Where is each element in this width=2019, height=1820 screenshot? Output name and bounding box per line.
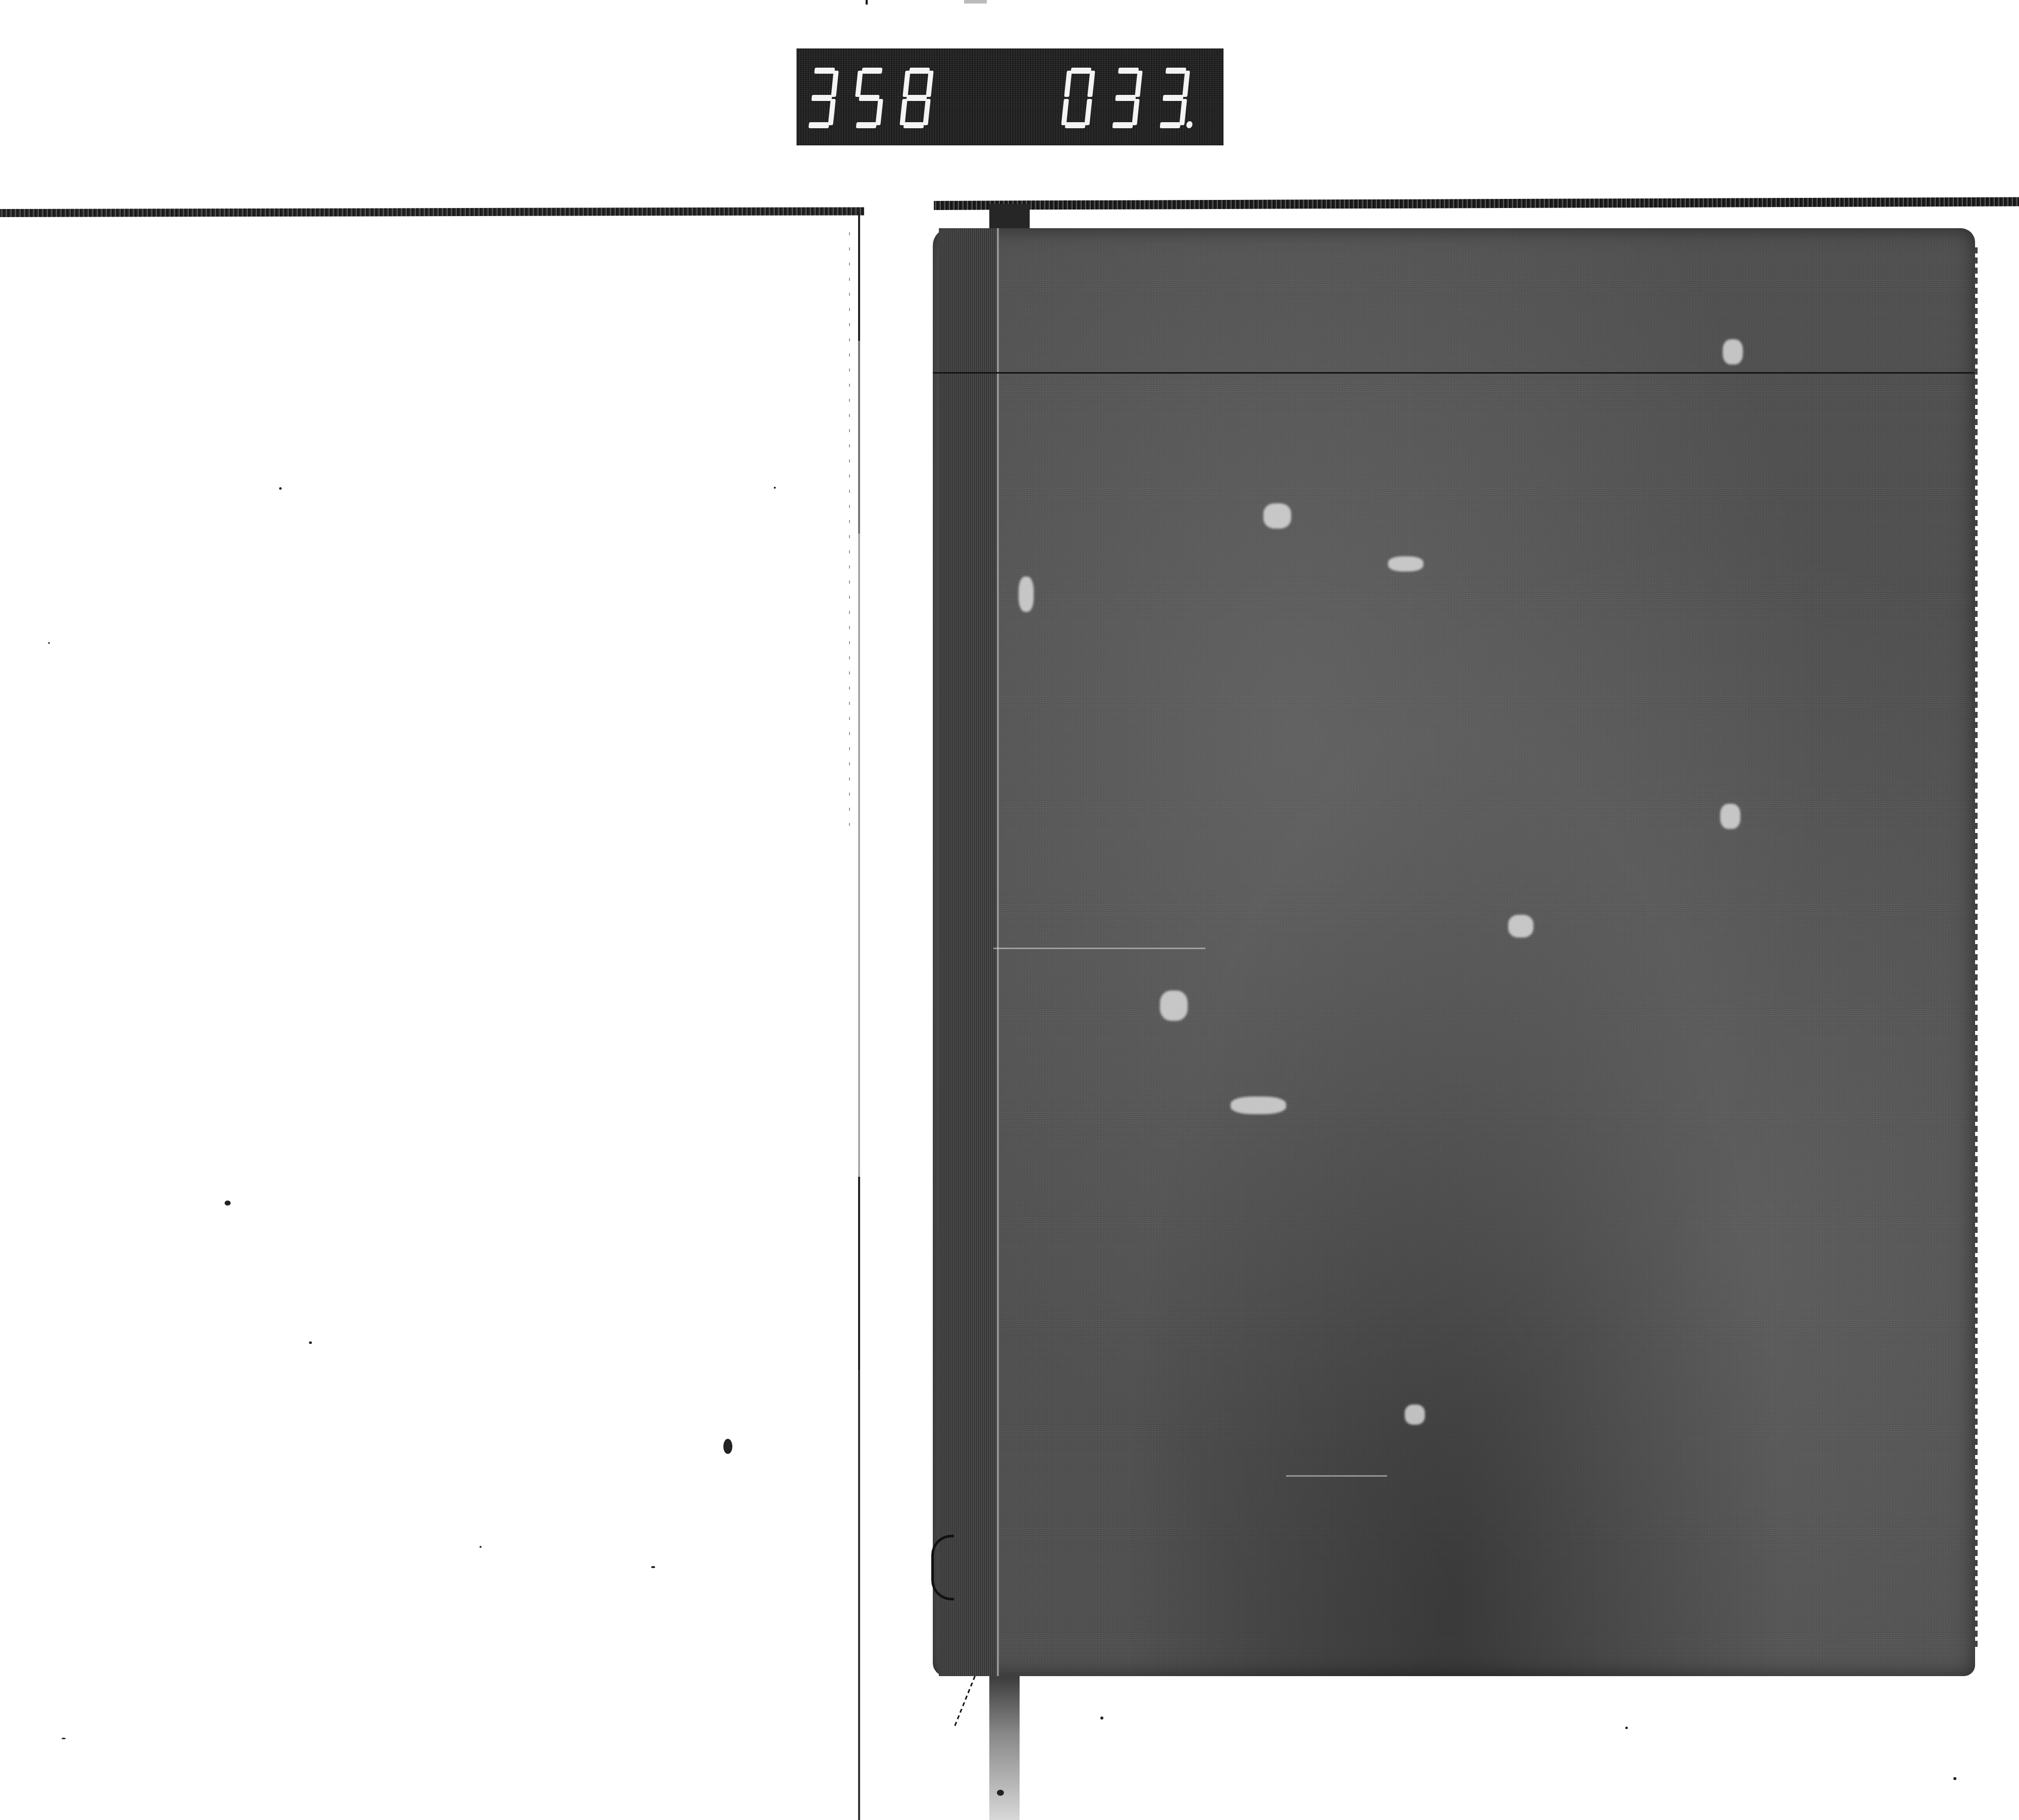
- cover-right-edge: [1975, 247, 1978, 1651]
- speck: [997, 1790, 1004, 1796]
- cover-wear-spot: [1231, 1097, 1286, 1114]
- book-cover: [933, 228, 1975, 1676]
- right-page-top-edge: [934, 197, 2019, 210]
- cover-wear-spot: [1160, 991, 1188, 1021]
- speck: [1100, 1717, 1103, 1720]
- speck: [480, 1546, 482, 1548]
- microfilm-frame: 358 033.: [0, 0, 2019, 1820]
- binding-string-tail: [953, 1676, 976, 1728]
- seven-segment-digit: [852, 68, 887, 128]
- seven-segment-digit: [1108, 68, 1143, 128]
- cover-crease-line: [933, 372, 1975, 374]
- seven-segment-digit: [805, 68, 839, 128]
- binding-tab: [989, 1676, 1020, 1820]
- scan-smudge: [964, 0, 987, 4]
- frame-number-label: 358 033.: [796, 48, 1224, 145]
- cover-wear-spot: [1405, 1405, 1425, 1425]
- frame-number: [1064, 68, 1187, 128]
- speck: [225, 1201, 231, 1206]
- speck: [279, 487, 282, 490]
- speck: [62, 1738, 66, 1739]
- book-spine: [939, 228, 999, 1676]
- cover-wear-spot: [1723, 339, 1743, 365]
- speck: [1625, 1727, 1628, 1729]
- cover-wear-spot: [1720, 804, 1740, 829]
- speck: [651, 1566, 655, 1568]
- cover-scratch: [993, 948, 1205, 949]
- binding-string: [931, 1535, 954, 1600]
- cover-scratch: [1286, 1475, 1387, 1477]
- cover-wear-spot: [1508, 915, 1533, 938]
- reel-number: [808, 68, 931, 128]
- left-page-top-edge: [0, 207, 864, 217]
- speck: [723, 1439, 732, 1454]
- speck: [774, 487, 776, 489]
- speck: [309, 1341, 312, 1344]
- speck: [1953, 1777, 1956, 1780]
- cover-wear-spot: [1263, 503, 1291, 529]
- left-page-blank: [0, 218, 853, 1820]
- registration-mark: [866, 0, 868, 5]
- cover-wear-spot: [1019, 577, 1034, 612]
- decimal-point: [1186, 121, 1193, 128]
- seven-segment-digit: [1156, 68, 1191, 128]
- seven-segment-digit: [1061, 68, 1096, 128]
- seven-segment-digit: [899, 68, 934, 128]
- left-page-gutter-edge: [858, 212, 860, 1820]
- cover-wear-spot: [1388, 556, 1423, 571]
- speck: [48, 642, 50, 644]
